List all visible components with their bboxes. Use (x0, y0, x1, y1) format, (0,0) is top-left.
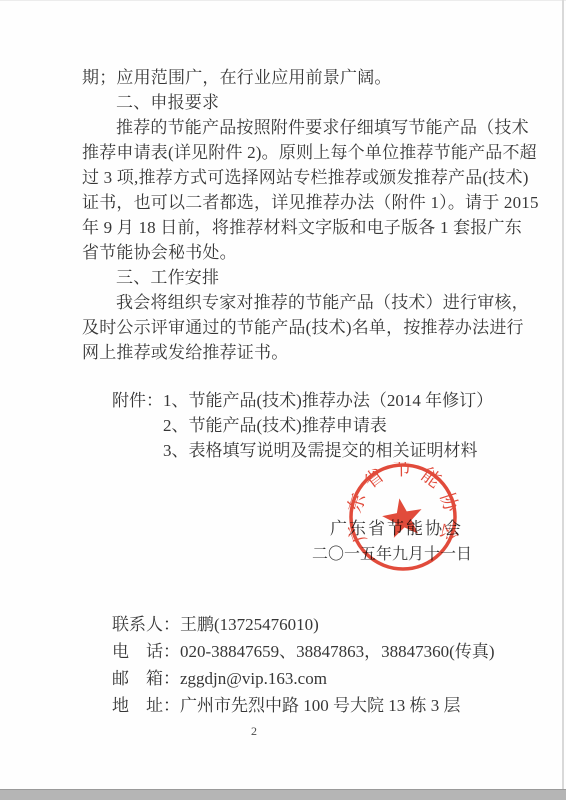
text-line: 过 3 项,推荐方式可选择网站专栏推荐或颁发推荐产品(技术) (82, 165, 494, 190)
text-line: 年 9 月 18 日前，将推荐材料文字版和电子版各 1 套报广东 (82, 215, 494, 240)
contact-label: 电 话： (112, 642, 180, 661)
document-page: 期；应用范围广，在行业应用前景广阔。 二、申报要求 推荐的节能产品按照附件要求仔… (0, 0, 566, 800)
seal-star-icon (380, 495, 426, 539)
text-line: 推荐的节能产品按照附件要求仔细填写节能产品（技术 (82, 115, 494, 140)
contact-value: 广州市先烈中路 100 号大院 13 栋 3 层 (180, 696, 461, 715)
attachment-row: 2、节能产品(技术)推荐申请表 (112, 413, 493, 438)
contact-label: 地 址： (112, 696, 180, 715)
text-line: 及时公示评审通过的节能产品(技术)名单，按推荐办法进行 (82, 315, 494, 340)
contact-block: 联系人：王鹏(13725476010) 电 话：020-38847659、388… (112, 611, 494, 719)
seal-text: 广东省节能协会 (344, 462, 462, 546)
text-line: 省节能协会秘书处。 (82, 240, 494, 265)
official-seal: 广东省节能协会 (344, 462, 462, 572)
contact-row: 邮 箱：zggdjn@vip.163.com (112, 665, 494, 692)
section-heading: 三、工作安排 (82, 265, 494, 290)
contact-value: 王鹏(13725476010) (180, 615, 319, 634)
attachment-item: 2、节能产品(技术)推荐申请表 (163, 416, 387, 435)
text-line: 证书，也可以二者都选，详见推荐办法（附件 1）。请于 2015 (82, 190, 494, 215)
scan-bottom-edge (0, 789, 566, 800)
text-line: 我会将组织专家对推荐的节能产品（技术）进行审核， (82, 290, 494, 315)
body-text: 期；应用范围广，在行业应用前景广阔。 二、申报要求 推荐的节能产品按照附件要求仔… (82, 65, 494, 365)
attachments-block: 附件：1、节能产品(技术)推荐办法（2014 年修订） 2、节能产品(技术)推荐… (112, 388, 493, 463)
text-line: 推荐申请表(详见附件 2)。原则上每个单位推荐节能产品不超 (82, 140, 494, 165)
attachment-row: 3、表格填写说明及需提交的相关证明材料 (112, 438, 493, 463)
attachment-item: 1、节能产品(技术)推荐办法（2014 年修订） (163, 391, 493, 410)
contact-row: 地 址：广州市先烈中路 100 号大院 13 栋 3 层 (112, 692, 494, 719)
attachment-row: 附件：1、节能产品(技术)推荐办法（2014 年修订） (112, 388, 493, 413)
contact-label: 联系人： (112, 615, 180, 634)
contact-value: zggdjn@vip.163.com (180, 669, 327, 688)
section-heading: 二、申报要求 (82, 90, 494, 115)
contact-row: 联系人：王鹏(13725476010) (112, 611, 494, 638)
page-number: 2 (244, 724, 264, 739)
text-line: 网上推荐或发给推荐证书。 (82, 340, 494, 365)
attachments-label: 附件： (112, 391, 163, 410)
text-line: 期；应用范围广，在行业应用前景广阔。 (82, 65, 494, 90)
scan-right-edge (562, 0, 564, 800)
contact-label: 邮 箱： (112, 669, 180, 688)
contact-value: 020-38847659、38847863，38847360(传真) (180, 642, 494, 661)
contact-row: 电 话：020-38847659、38847863，38847360(传真) (112, 638, 494, 665)
scan-top-edge (0, 0, 566, 1)
attachment-item: 3、表格填写说明及需提交的相关证明材料 (163, 441, 478, 460)
